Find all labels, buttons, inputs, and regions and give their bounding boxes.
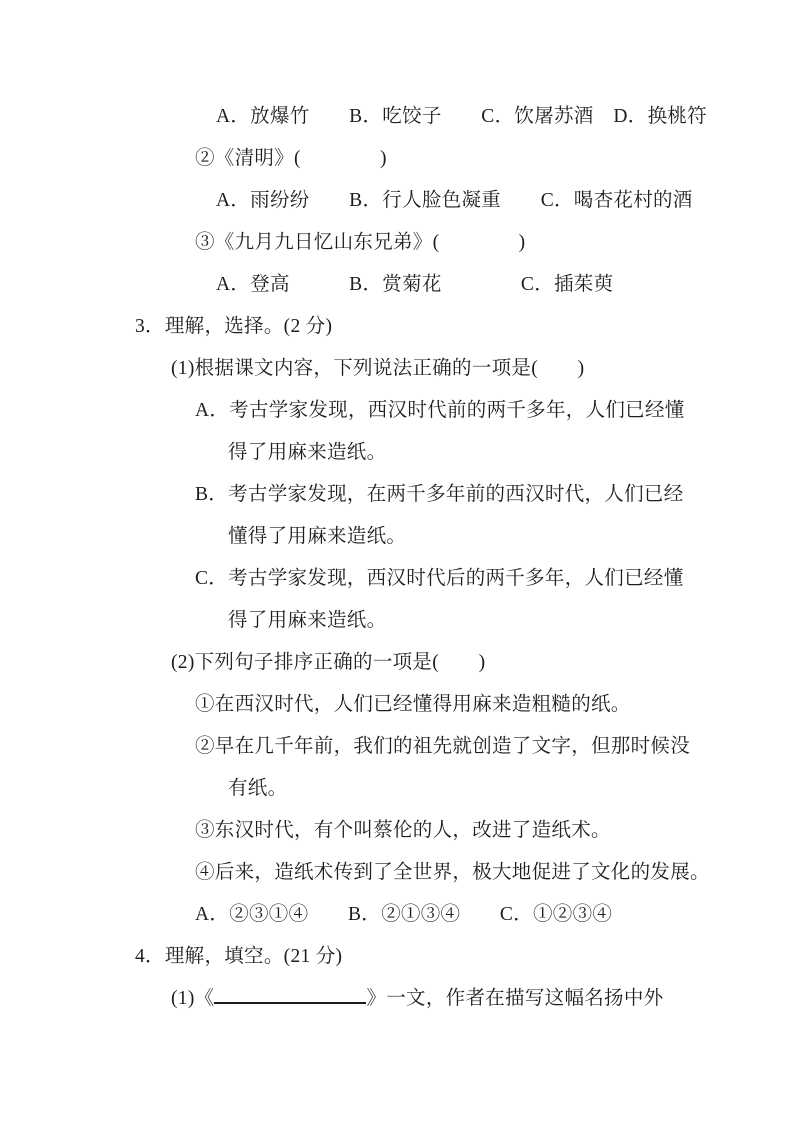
line-text: ③东汉时代，有个叫蔡伦的人，改进了造纸术。 <box>195 820 611 841</box>
line-text: (2)下列句子排序正确的一项是( ) <box>171 652 485 673</box>
poem-option-line: A．放爆竹 B．吃饺子 C．饮屠苏酒 D．换桃符 <box>0 96 793 138</box>
sub-question-line: (1)根据课文内容，下列说法正确的一项是( ) <box>0 348 793 390</box>
line-text: C．考古学家发现，西汉时代后的两千多年，人们已经懂 <box>195 568 684 589</box>
option-line: A．考古学家发现，西汉时代前的两千多年，人们已经懂 <box>0 390 793 432</box>
option-line: A．②③①④ B．②①③④ C．①②③④ <box>0 894 793 936</box>
option-line: ③《九月九日忆山东兄弟》( ) <box>0 222 793 264</box>
continuation-line: 得了用麻来造纸。 <box>0 432 793 474</box>
line-text: 3．理解，选择。(2 分) <box>135 316 332 337</box>
line-text: A．放爆竹 B．吃饺子 C．饮屠苏酒 D．换桃符 <box>216 106 707 127</box>
fill-blank-suffix: 》一文，作者在描写这幅名扬中外 <box>366 988 663 1009</box>
line-text: A．考古学家发现，西汉时代前的两千多年，人们已经懂 <box>195 400 685 421</box>
poem-option-line: A．雨纷纷 B．行人脸色凝重 C．喝杏花村的酒 <box>0 180 793 222</box>
option-line: C．考古学家发现，西汉时代后的两千多年，人们已经懂 <box>0 558 793 600</box>
fill-blank-line: (1)《》一文，作者在描写这幅名扬中外 <box>0 978 793 1020</box>
option-line: ②早在几千年前，我们的祖先就创造了文字，但那时候没 <box>0 726 793 768</box>
continuation-line: 得了用麻来造纸。 <box>0 600 793 642</box>
question-line: 4．理解，填空。(21 分) <box>0 936 793 978</box>
line-text: A．登高 B．赏菊花 C．插茱萸 <box>216 274 613 295</box>
line-text: ①在西汉时代，人们已经懂得用麻来造粗糙的纸。 <box>195 694 631 715</box>
blank-underline <box>214 1002 366 1004</box>
line-text: ②早在几千年前，我们的祖先就创造了文字，但那时候没 <box>195 736 690 757</box>
line-text: ③《九月九日忆山东兄弟》( ) <box>195 232 525 253</box>
sub-question-line: (2)下列句子排序正确的一项是( ) <box>0 642 793 684</box>
line-text: ②《清明》( ) <box>195 148 387 169</box>
line-text: B．考古学家发现，在两千多年前的西汉时代，人们已经 <box>195 484 684 505</box>
option-line: ②《清明》( ) <box>0 138 793 180</box>
exam-page: A．放爆竹 B．吃饺子 C．饮屠苏酒 D．换桃符②《清明》( )A．雨纷纷 B．… <box>0 0 793 1122</box>
line-text: 4．理解，填空。(21 分) <box>135 946 342 967</box>
line-text: 得了用麻来造纸。 <box>228 442 386 463</box>
poem-option-line: A．登高 B．赏菊花 C．插茱萸 <box>0 264 793 306</box>
line-text: A．雨纷纷 B．行人脸色凝重 C．喝杏花村的酒 <box>216 190 693 211</box>
line-text: A．②③①④ B．②①③④ C．①②③④ <box>195 904 612 925</box>
continuation-line: 懂得了用麻来造纸。 <box>0 516 793 558</box>
line-text: 得了用麻来造纸。 <box>228 610 386 631</box>
question-line: 3．理解，选择。(2 分) <box>0 306 793 348</box>
exam-text-block: A．放爆竹 B．吃饺子 C．饮屠苏酒 D．换桃符②《清明》( )A．雨纷纷 B．… <box>0 96 793 1020</box>
option-line: ④后来，造纸术传到了全世界，极大地促进了文化的发展。 <box>0 852 793 894</box>
line-text: 懂得了用麻来造纸。 <box>228 526 406 547</box>
continuation-line: 有纸。 <box>0 768 793 810</box>
fill-blank-prefix: (1)《 <box>171 988 214 1009</box>
line-text: ④后来，造纸术传到了全世界，极大地促进了文化的发展。 <box>195 862 710 883</box>
option-line: ①在西汉时代，人们已经懂得用麻来造粗糙的纸。 <box>0 684 793 726</box>
option-line: ③东汉时代，有个叫蔡伦的人，改进了造纸术。 <box>0 810 793 852</box>
line-text: (1)根据课文内容，下列说法正确的一项是( ) <box>171 358 584 379</box>
line-text: 有纸。 <box>228 778 287 799</box>
option-line: B．考古学家发现，在两千多年前的西汉时代，人们已经 <box>0 474 793 516</box>
